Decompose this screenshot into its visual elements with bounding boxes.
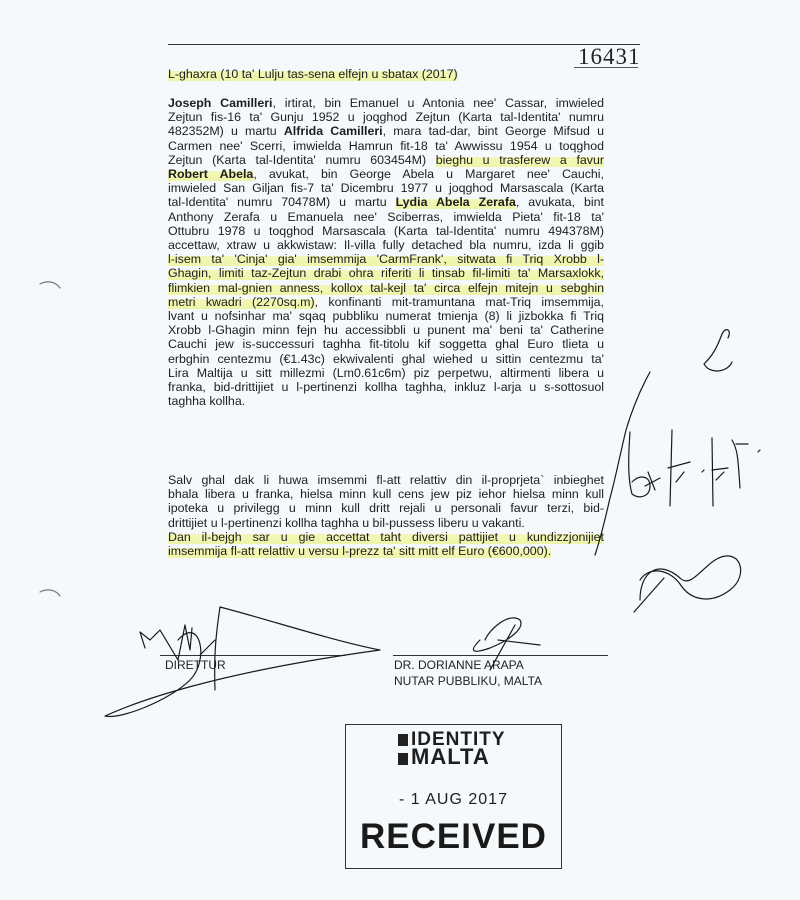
handwritten-flourish-icon — [634, 556, 741, 612]
text-line: Carmen nee' Scerri, imwielda Hamrun fit-… — [168, 139, 604, 153]
text-line: lvant u nofsinhar ma' sqaq pubbliku nume… — [168, 309, 604, 323]
paragraph-conditions: Salv ghal dak li huwa imsemmi fl-att rel… — [168, 473, 604, 530]
notary-name: DR. DORIANNE ARAPA — [394, 658, 524, 673]
text-line: imsemmija fl-att relattiv u versu l-prez… — [168, 544, 604, 558]
text-line: Zejtun (Karta tal-Identita' numru 603454… — [168, 153, 604, 167]
text-line: Xrobb l-Ghagin minn fejn hu accessibbli … — [168, 323, 604, 337]
paragraph-parties: Joseph Camilleri, irtirat, bin Emanuel u… — [168, 96, 604, 408]
text-line: bhala libera u franka, hielsa minn kull … — [168, 487, 604, 501]
text-line: Zejtun fis-16 ta' Gunju 1952 u joqghod Z… — [168, 110, 604, 124]
text-line: drittijiet u l-pertinenzi kollha taghha … — [168, 516, 604, 530]
received-stamp: IDENTITY MALTA - 1 AUG 2017 RECEIVED — [345, 724, 562, 869]
text-line: Ottubru 1978 u toqghod Marsascala (Karta… — [168, 224, 604, 238]
director-label: DIRETTUR — [165, 658, 226, 673]
punch-mark-icon — [40, 282, 60, 288]
text-line: Robert Abela, avukat, bin George Abela u… — [168, 167, 604, 181]
text-line: Dan il-bejgh sar u gie accettat taht div… — [168, 530, 604, 544]
text-line: l-isem ta' 'Cinja' gia' imsemmija 'CarmF… — [168, 252, 604, 266]
stamp-logo-block-icon — [398, 753, 408, 765]
stamp-status: RECEIVED — [346, 817, 561, 857]
text-line: franka, bid-drittijiet u l-pertinenzi ko… — [168, 380, 604, 394]
top-rule — [168, 44, 640, 45]
text-line: Ghagin, limiti taz-Zejtun drabi ohra rif… — [168, 266, 604, 280]
text-line: imwieled San Giljan fis-7 ta' Dicembru 1… — [168, 181, 604, 195]
handwritten-eight-icon — [704, 330, 732, 371]
text-line: ipoteka u privilegg u minn kull dritt re… — [168, 501, 604, 515]
text-line: Anthony Zerafa u Emanuela nee' Sciberras… — [168, 210, 604, 224]
stamp-date: - 1 AUG 2017 — [346, 791, 561, 809]
text-line: accettaw, xtraw u akkwistaw: Il-villa fu… — [168, 238, 604, 252]
text-line: flimkien mal-gnien anness, kollox tal-ke… — [168, 281, 604, 295]
text-line: Lira Maltija u sitt millezmi (Lm0.61c6m)… — [168, 366, 604, 380]
text-line: 482352M) u martu Alfrida Camilleri, mara… — [168, 124, 604, 138]
director-signature-line — [160, 655, 345, 656]
reference-underline — [574, 67, 638, 68]
stamp-line2: MALTA — [411, 744, 490, 769]
text-line: erbghin centezmu (€1.43c) ekwivalenti gh… — [168, 352, 604, 366]
text-line: Joseph Camilleri, irtirat, bin Emanuel u… — [168, 96, 604, 110]
text-line: metri kwadri (2270sq.m), konfinanti mit-… — [168, 295, 604, 309]
notary-signature-line — [393, 655, 608, 656]
director-signature-icon — [105, 607, 380, 717]
stamp-logo-block-icon — [398, 734, 408, 746]
handwritten-date-icon — [629, 430, 760, 506]
text-line: Salv ghal dak li huwa imsemmi fl-att rel… — [168, 473, 604, 487]
paragraph-price: Dan il-bejgh sar u gie accettat taht div… — [168, 530, 604, 558]
date-line: L-ghaxra (10 ta' Lulju tas-sena elfejn u… — [168, 67, 458, 81]
notary-title: NUTAR PUBBLIKU, MALTA — [394, 674, 542, 689]
text-line: taghha kollha. — [168, 394, 604, 408]
text-line: tal-Identita' numru 70478M) u martu Lydi… — [168, 195, 604, 209]
punch-mark-icon — [40, 590, 60, 596]
document-page: 16431 L-ghaxra (10 ta' Lulju tas-sena el… — [0, 0, 800, 900]
stamp-logo: IDENTITY MALTA — [398, 731, 506, 767]
text-line: Cauchi jew is-successuri taghha fit-tito… — [168, 337, 604, 351]
